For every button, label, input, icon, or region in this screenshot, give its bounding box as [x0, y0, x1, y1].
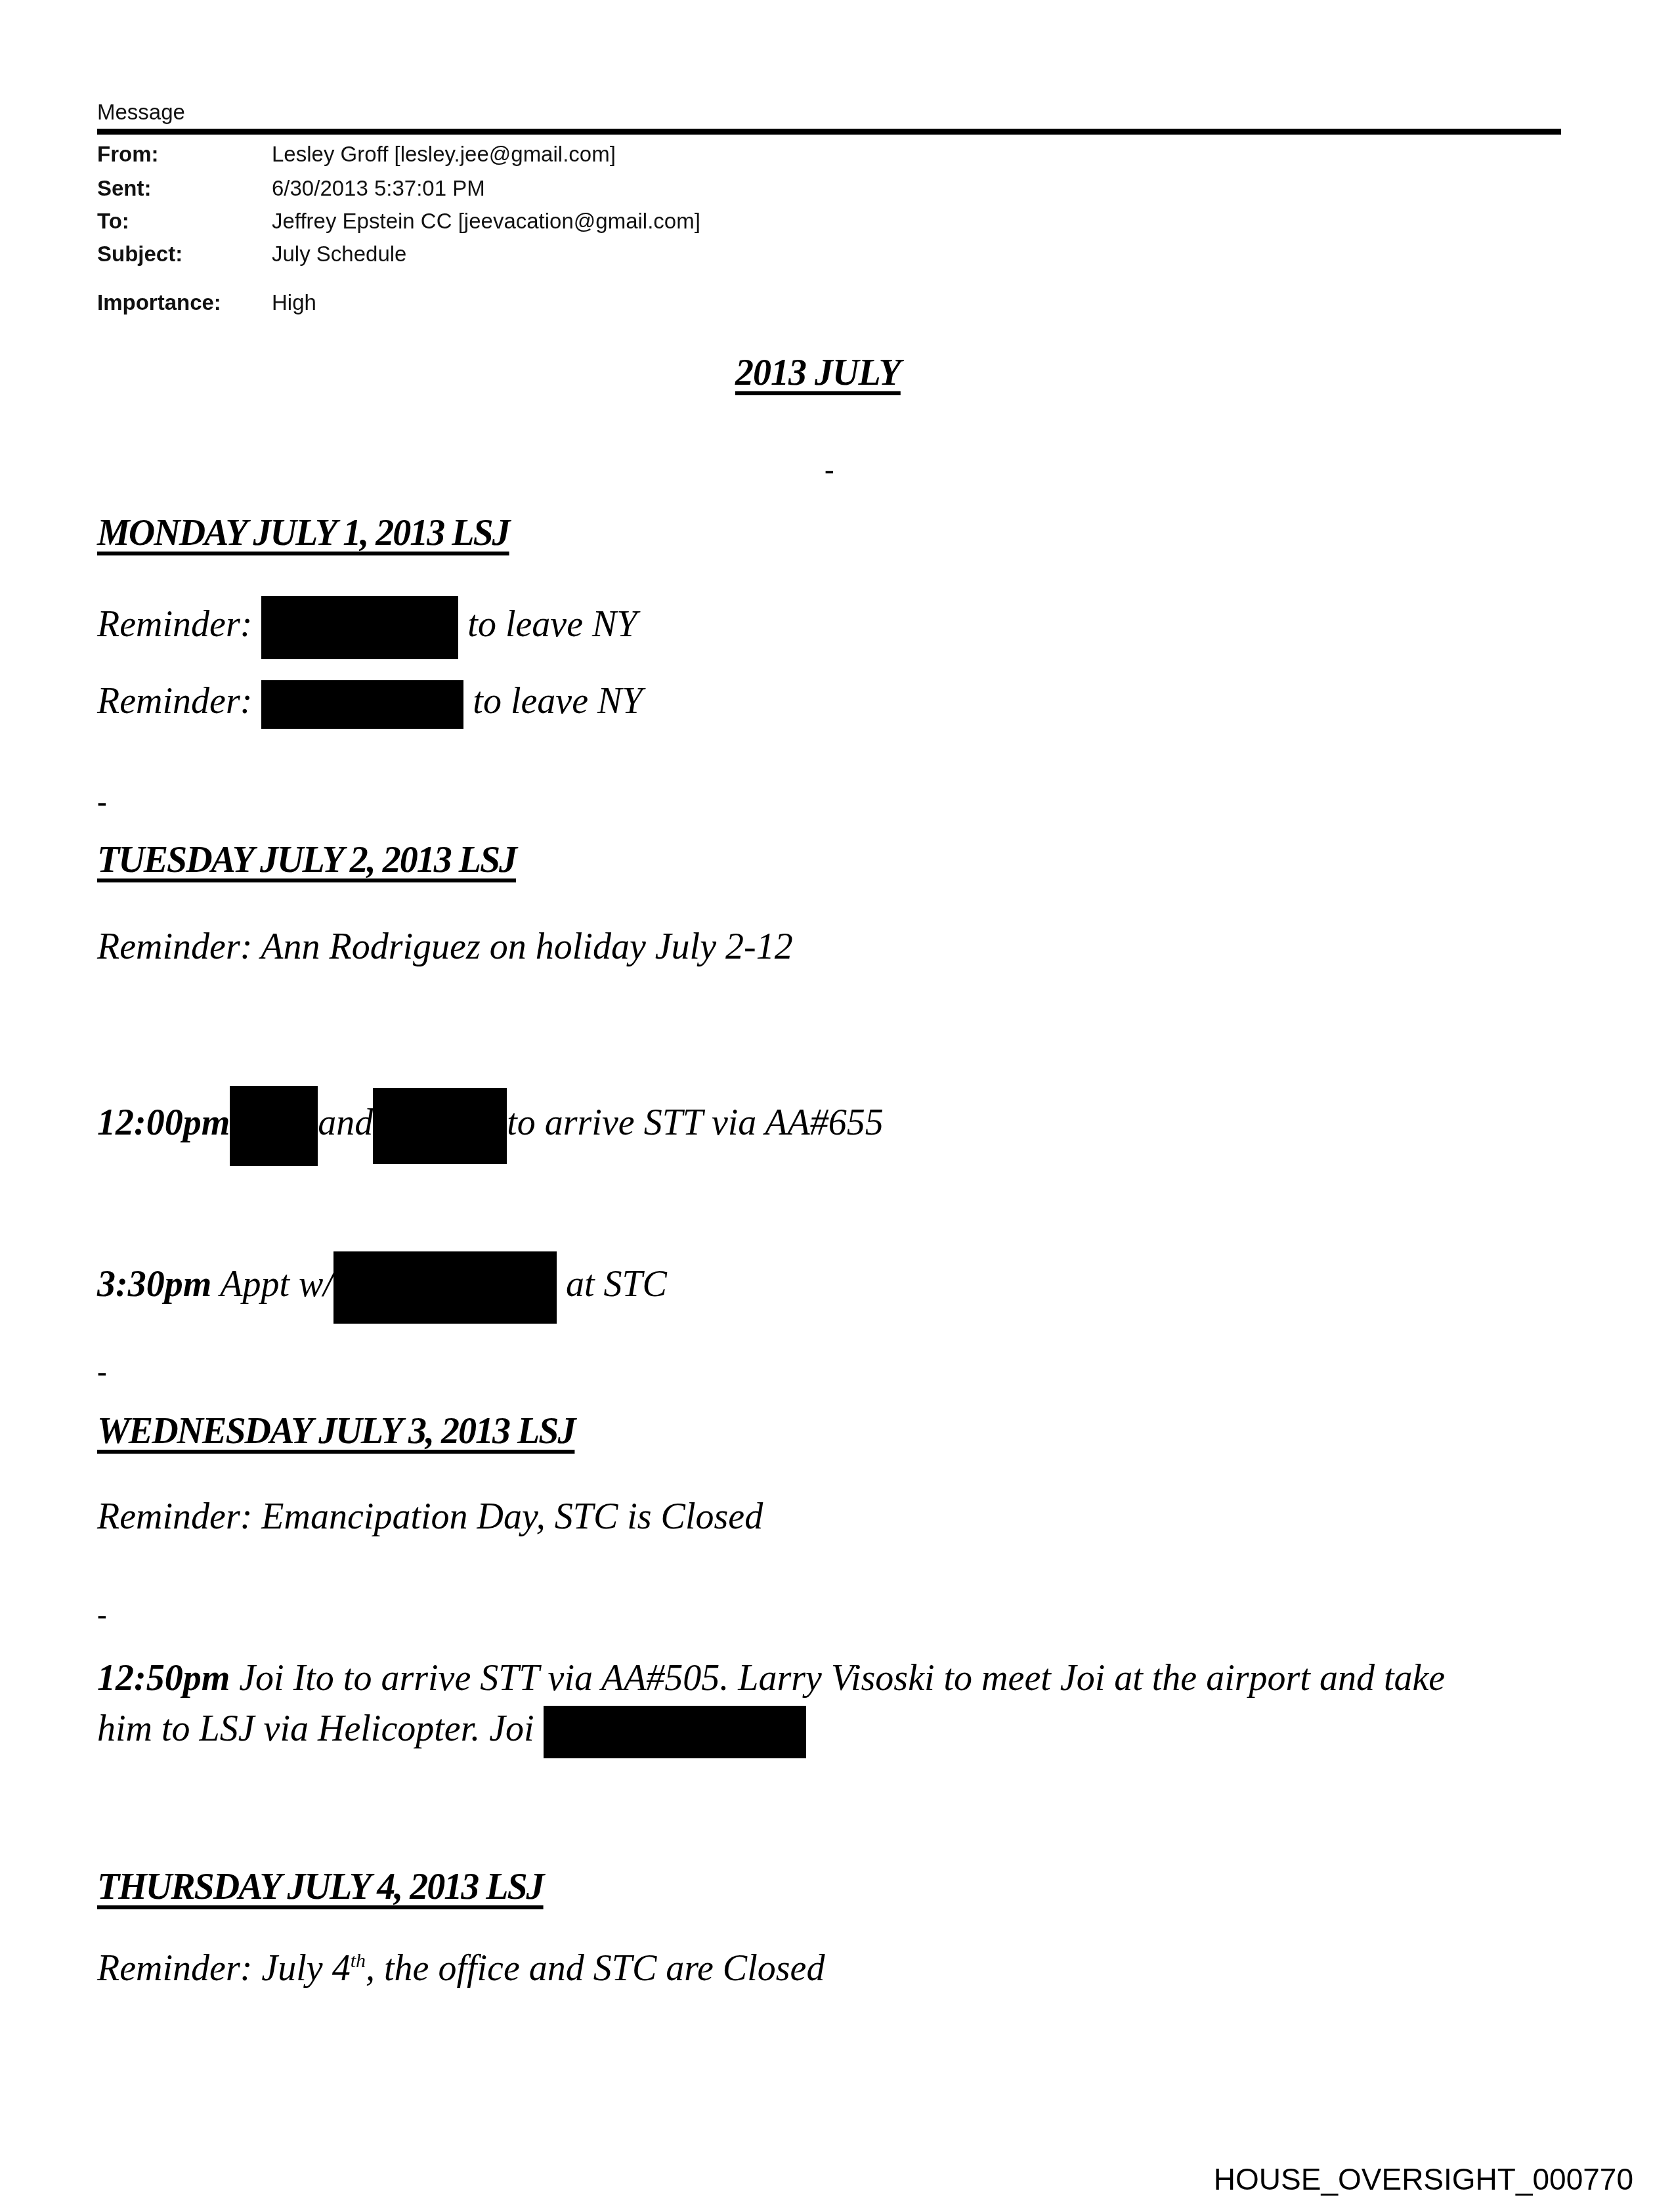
- redaction-box: [333, 1251, 557, 1324]
- message-label: Message: [97, 100, 185, 125]
- separator-dash: -: [825, 453, 834, 487]
- bates-number: HOUSE_OVERSIGHT_000770: [1214, 2161, 1633, 2197]
- redaction-box: [261, 680, 463, 729]
- day-heading-wednesday: WEDNESDAY JULY 3, 2013 LSJ: [97, 1410, 574, 1452]
- entry-prefix: Reminder:: [97, 604, 252, 645]
- monday-entry-1: Reminder: to leave NY: [97, 596, 637, 659]
- separator-dash: -: [97, 1355, 107, 1389]
- entry-suffix: at STC: [566, 1264, 667, 1305]
- monday-entry-2: Reminder: to leave NY: [97, 680, 643, 729]
- subject-value: July Schedule: [272, 242, 406, 267]
- importance-label: Importance:: [97, 290, 221, 315]
- separator-dash: -: [97, 785, 107, 819]
- entry-suffix: to leave NY: [473, 681, 642, 722]
- sent-label: Sent:: [97, 176, 152, 201]
- day-heading-tuesday: TUESDAY JULY 2, 2013 LSJ: [97, 839, 516, 881]
- entry-suffix: to leave NY: [467, 604, 637, 645]
- redaction-box: [544, 1706, 806, 1758]
- wednesday-entry-2-line-1: 12:50pm Joi Ito to arrive STT via AA#505…: [97, 1657, 1445, 1699]
- redaction-box: [373, 1088, 507, 1164]
- separator-dash: -: [97, 1598, 107, 1632]
- redaction-box: [261, 596, 458, 659]
- entry-text: Joi Ito to arrive STT via AA#505. Larry …: [239, 1658, 1445, 1699]
- entry-prefix: Reminder:: [97, 681, 252, 722]
- entry-time: 12:50pm: [97, 1658, 230, 1699]
- header-divider: [97, 129, 1561, 135]
- entry-time: 12:00pm: [97, 1102, 230, 1143]
- wednesday-entry-2-line-2: him to LSJ via Helicopter. Joi: [97, 1706, 806, 1758]
- tuesday-entry-1: Reminder: Ann Rodriguez on holiday July …: [97, 926, 793, 968]
- from-value: Lesley Groff [lesley.jee@gmail.com]: [272, 142, 616, 167]
- tuesday-entry-2: 12:00pmandto arrive STT via AA#655: [97, 1086, 884, 1166]
- day-heading-monday: MONDAY JULY 1, 2013 LSJ: [97, 512, 509, 554]
- from-label: From:: [97, 142, 159, 167]
- entry-suffix: to arrive STT via AA#655: [507, 1102, 884, 1143]
- wednesday-entry-1: Reminder: Emancipation Day, STC is Close…: [97, 1496, 763, 1538]
- importance-value: High: [272, 290, 316, 315]
- thursday-entry-1: Reminder: July 4th, the office and STC a…: [97, 1947, 825, 1989]
- subject-label: Subject:: [97, 242, 182, 267]
- entry-prefix: Reminder: July 4: [97, 1948, 351, 1989]
- entry-suffix: , the office and STC are Closed: [366, 1948, 825, 1989]
- entry-text-continued: him to LSJ via Helicopter. Joi: [97, 1708, 534, 1749]
- schedule-title: 2013 JULY: [735, 352, 901, 394]
- sent-value: 6/30/2013 5:37:01 PM: [272, 176, 485, 201]
- to-label: To:: [97, 209, 129, 234]
- to-value: Jeffrey Epstein CC [jeevacation@gmail.co…: [272, 209, 700, 234]
- ordinal-suffix: th: [351, 1950, 366, 1972]
- entry-mid: and: [318, 1102, 373, 1143]
- tuesday-entry-3: 3:30pm Appt w/ at STC: [97, 1251, 667, 1324]
- entry-prefix: Appt w/: [220, 1264, 333, 1305]
- redaction-box: [230, 1086, 318, 1166]
- day-heading-thursday: THURSDAY JULY 4, 2013 LSJ: [97, 1866, 544, 1908]
- entry-time: 3:30pm: [97, 1264, 211, 1305]
